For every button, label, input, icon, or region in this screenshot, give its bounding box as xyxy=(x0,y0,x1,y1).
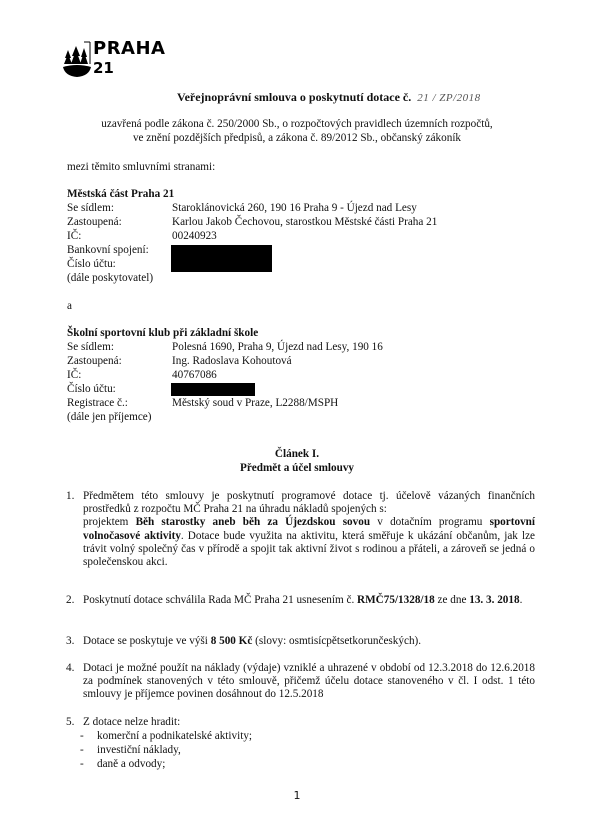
recipient-value-rep: Ing. Radoslava Kohoutová xyxy=(172,355,292,367)
recipient-label-seat: Se sídlem: xyxy=(67,341,114,353)
item-3-text: Dotace se poskytuje ve výši 8 500 Kč (sl… xyxy=(83,635,535,648)
item-3-prefix: Dotace se poskytuje ve výši xyxy=(83,635,211,647)
item-2-suffix: . xyxy=(520,594,523,606)
bullet-dash: - xyxy=(80,730,84,742)
item-3-amount: 8 500 Kč xyxy=(211,635,253,647)
article-heading: Předmět a účel smlouvy xyxy=(0,462,594,474)
item-5-bullet-1: komerční a podnikatelské aktivity; xyxy=(97,730,252,742)
document-title: Veřejnoprávní smlouva o poskytnutí dotac… xyxy=(177,90,481,105)
bullet-dash: - xyxy=(80,758,84,770)
praha-21-logo: PRAHA 21 xyxy=(62,38,182,82)
item-3-suffix: (slovy: osmtisícpětsetkorunčeských). xyxy=(252,635,421,647)
provider-value-rep: Karlou Jakob Čechovou, starostkou Městsk… xyxy=(172,216,437,228)
item-2-number: 2. xyxy=(66,594,74,606)
item-1-project-name: Běh starostky aneb běh za Újezdskou sovo… xyxy=(136,516,371,528)
item-2-prefix: Poskytnutí dotace schválila Rada MČ Prah… xyxy=(83,594,357,606)
parties-intro: mezi těmito smluvními stranami: xyxy=(67,161,215,173)
recipient-label-registration: Registrace č.: xyxy=(67,397,128,409)
provider-label-account: Číslo účtu: xyxy=(67,258,116,270)
item-5-text: Z dotace nelze hradit: xyxy=(83,716,180,728)
provider-value-ic: 00240923 xyxy=(172,230,217,242)
recipient-value-ic: 40767086 xyxy=(172,369,217,381)
redacted-bank-details xyxy=(171,245,272,272)
recipient-name: Školní sportovní klub při základní škole xyxy=(67,327,258,339)
item-3-number: 3. xyxy=(66,635,74,647)
provider-value-seat: Staroklánovická 260, 190 16 Praha 9 - Új… xyxy=(172,202,417,214)
article-number: Článek I. xyxy=(0,448,594,460)
recipient-label-ic: IČ: xyxy=(67,369,81,381)
recipient-label-rep: Zastoupená: xyxy=(67,355,122,367)
subtitle-line-1: uzavřená podle zákona č. 250/2000 Sb., o… xyxy=(0,118,594,130)
redacted-account-number xyxy=(171,383,255,396)
item-4-number: 4. xyxy=(66,662,74,674)
logo-number: 21 xyxy=(93,59,114,77)
recipient-label-account: Číslo účtu: xyxy=(67,383,116,395)
item-2-text: Poskytnutí dotace schválila Rada MČ Prah… xyxy=(83,594,535,607)
recipient-note: (dále jen příjemce) xyxy=(67,411,151,423)
recipient-value-seat: Polesná 1690, Praha 9, Újezd nad Lesy, 1… xyxy=(172,341,383,353)
provider-label-rep: Zastoupená: xyxy=(67,216,122,228)
provider-label-seat: Se sídlem: xyxy=(67,202,114,214)
forest-emblem-icon xyxy=(62,38,92,78)
conjunction: a xyxy=(67,300,72,312)
provider-note: (dále poskytovatel) xyxy=(67,272,153,284)
item-2-date: 13. 3. 2018 xyxy=(469,594,519,606)
provider-label-bank: Bankovní spojení: xyxy=(67,244,149,256)
item-1-text: Předmětem této smlouvy je poskytnutí pro… xyxy=(83,490,535,569)
logo-brand: PRAHA xyxy=(93,38,165,59)
item-4-text: Dotaci je možné použít na náklady (výdaj… xyxy=(83,662,535,702)
provider-name: Městská část Praha 21 xyxy=(67,188,174,200)
item-5-bullet-2: investiční náklady, xyxy=(97,744,181,756)
item-1-middle: v dotačním programu xyxy=(370,516,490,528)
provider-label-ic: IČ: xyxy=(67,230,81,242)
item-5-bullet-3: daně a odvody; xyxy=(97,758,165,770)
item-2-middle: ze dne xyxy=(435,594,469,606)
item-1-prefix: projektem xyxy=(83,516,136,528)
title-text: Veřejnoprávní smlouva o poskytnutí dotac… xyxy=(177,90,411,104)
item-1-part-a: Předmětem této smlouvy je poskytnutí pro… xyxy=(83,490,535,515)
recipient-value-registration: Městský soud v Praze, L2288/MSPH xyxy=(172,397,338,409)
item-1-number: 1. xyxy=(66,490,74,502)
subtitle-line-2: ve znění pozdějších předpisů, a zákona č… xyxy=(0,132,594,144)
bullet-dash: - xyxy=(80,744,84,756)
page-number: 1 xyxy=(0,789,594,802)
item-2-resolution-number: RMČ75/1328/18 xyxy=(357,594,435,606)
item-5-number: 5. xyxy=(66,716,74,728)
handwritten-contract-number: 21 / ZP/2018 xyxy=(417,92,480,104)
